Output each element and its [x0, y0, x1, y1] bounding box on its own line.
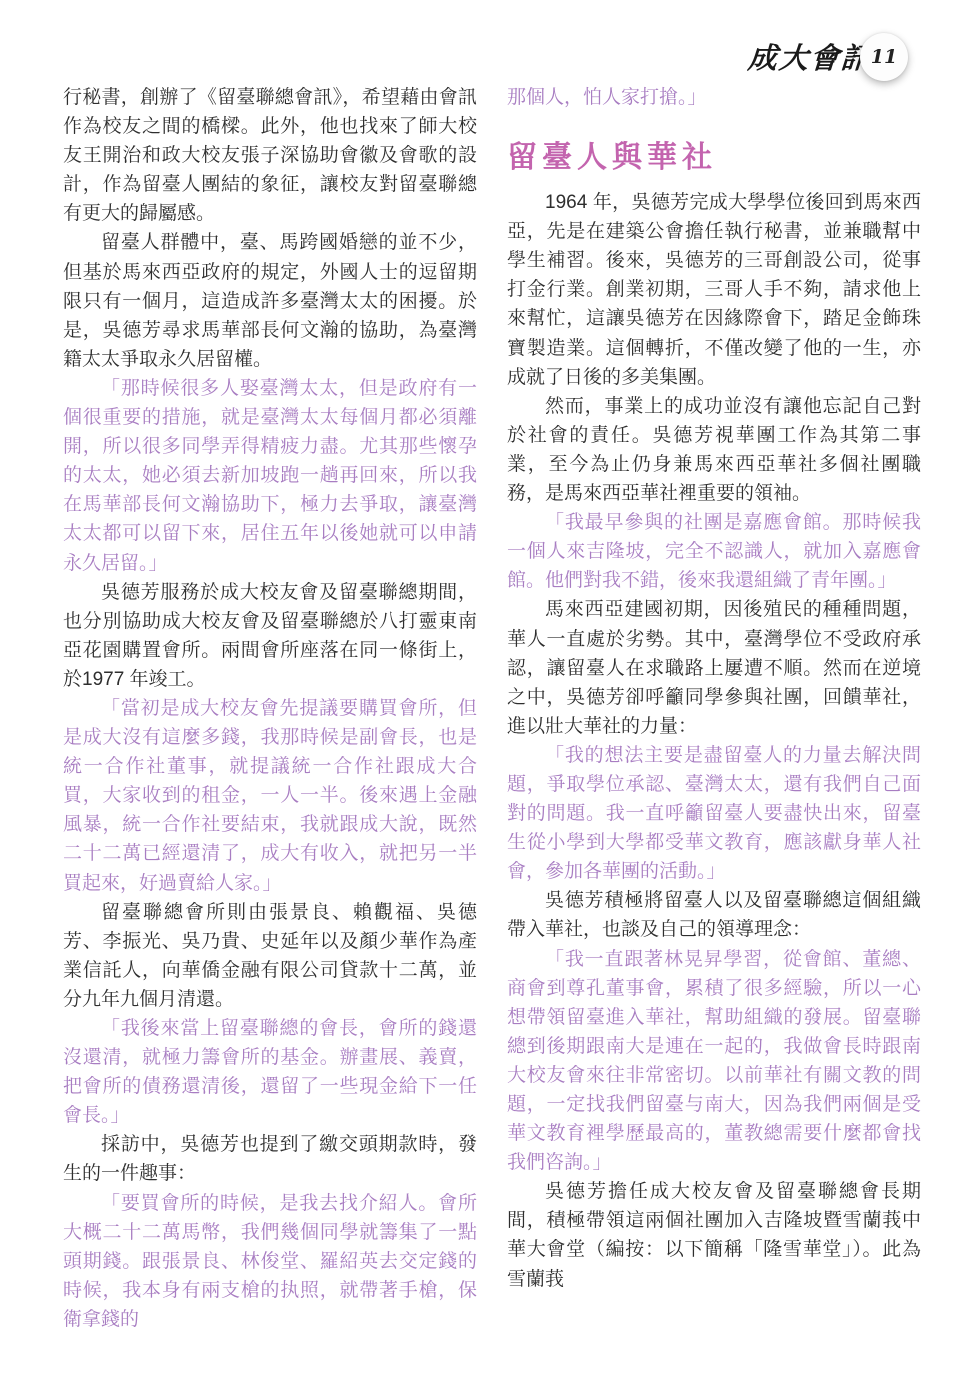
paragraph: 吳德芳擔任成大校友會及留臺聯總會長期間，積極帶領這兩個社團加入吉隆坡暨雪蘭莪中華…	[507, 1177, 921, 1293]
paragraph: 留臺人群體中，臺、馬跨國婚戀的並不少，但基於馬來西亞政府的規定，外國人士的逗留期…	[63, 228, 477, 373]
paragraph: 行秘書，創辦了《留臺聯總會訊》，希望藉由會訊作為校友之間的橋樑。此外，他也找來了…	[63, 83, 477, 228]
section-heading: 留臺人與華社	[507, 141, 921, 175]
page-number-badge: 11	[860, 33, 908, 81]
magazine-page: 成大會訊 11 行秘書，創辦了《留臺聯總會訊》，希望藉由會訊作為校友之間的橋樑。…	[0, 0, 980, 1386]
page-number: 11	[871, 46, 897, 68]
right-column: 那個人，怕人家打搶。」 留臺人與華社 1964 年，吳德芳完成大學學位後回到馬來…	[507, 83, 921, 1334]
paragraph: 吳德芳服務於成大校友會及留臺聯總期間，也分別協助成大校友會及留臺聯總於八打靈東南…	[63, 578, 477, 694]
paragraph: 採訪中，吳德芳也提到了繳交頭期款時，發生的一件趣事：	[63, 1130, 477, 1188]
quote-paragraph: 「我後來當上留臺聯總的會長，會所的錢還沒還清，就極力籌會所的基金。辦畫展、義賣，…	[63, 1014, 477, 1130]
quote-paragraph: 「要買會所的時候，是我去找介紹人。會所大概二十二萬馬幣，我們幾個同學就籌集了一點…	[63, 1189, 477, 1334]
quote-paragraph: 「當初是成大校友會先提議要購買會所，但是成大沒有這麼多錢，我那時候是副會長，也是…	[63, 694, 477, 898]
quote-paragraph: 「那時候很多人娶臺灣太太，但是政府有一個很重要的措施，就是臺灣太太每個月都必須離…	[63, 374, 477, 578]
article-body: 行秘書，創辦了《留臺聯總會訊》，希望藉由會訊作為校友之間的橋樑。此外，他也找來了…	[63, 83, 921, 1334]
paragraph: 留臺聯總會所則由張景良、賴觀福、吳德芳、李振光、吳乃貴、史延年以及顏少華作為產業…	[63, 898, 477, 1014]
paragraph: 馬來西亞建國初期，因後殖民的種種問題，華人一直處於劣勢。其中，臺灣學位不受政府承…	[507, 595, 921, 740]
quote-paragraph: 「我最早參與的社團是嘉應會館。那時候我一個人來吉隆坡，完全不認識人，就加入嘉應會…	[507, 508, 921, 595]
left-column: 行秘書，創辦了《留臺聯總會訊》，希望藉由會訊作為校友之間的橋樑。此外，他也找來了…	[63, 83, 477, 1334]
quote-paragraph: 「我一直跟著林晃昇學習，從會館、董總、商會到尊孔董事會，累積了很多經驗，所以一心…	[507, 945, 921, 1178]
paragraph: 然而，事業上的成功並沒有讓他忘記自己對於社會的責任。吳德芳視華團工作為其第二事業…	[507, 392, 921, 508]
masthead-logo: 成大會訊	[747, 36, 860, 77]
paragraph: 吳德芳積極將留臺人以及留臺聯總這個組織帶入華社，也談及自己的領導理念：	[507, 886, 921, 944]
quote-continuation: 那個人，怕人家打搶。」	[507, 83, 921, 112]
paragraph: 1964 年，吳德芳完成大學學位後回到馬來西亞，先是在建築公會擔任執行秘書，並兼…	[507, 188, 921, 392]
quote-paragraph: 「我的想法主要是盡留臺人的力量去解決問題，爭取學位承認、臺灣太太，還有我們自己面…	[507, 741, 921, 886]
